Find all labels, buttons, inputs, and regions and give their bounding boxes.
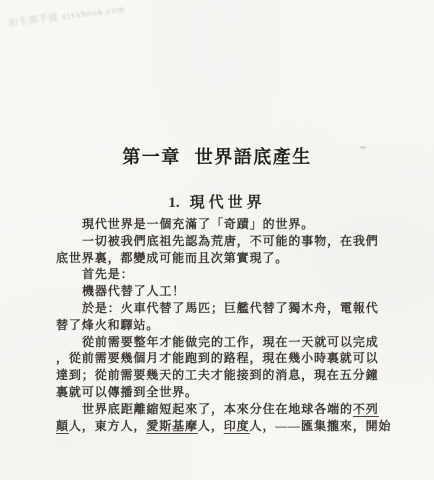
text-segment: 人，東方人， — [69, 419, 146, 433]
text-segment: 從前需要整年才能做完的工作，現在一天就可以完成 — [82, 335, 379, 349]
text-line: 機器代替了人工！ — [56, 283, 390, 300]
scanned-book-page: 的生期手提 xixxbook.com 第一章世界語底產生 1.現代世界 現代世界… — [0, 0, 434, 480]
section-heading: 1.現代世界 — [0, 191, 434, 212]
text-line: 替了烽火和驛站。 — [56, 317, 390, 334]
text-segment: 裏就可以傳播到全世界。 — [56, 385, 198, 399]
text-segment: 替了烽火和驛站。 — [56, 318, 159, 332]
library-watermark: 的生期手提 xixxbook.com — [8, 2, 126, 29]
text-line: 世界底距離縮短起來了，本來分住在地球各端的不列 — [56, 401, 390, 418]
text-segment: 一切被我們底祖先認為荒唐，不可能的事物，在我們 — [82, 234, 379, 248]
text-segment: 現代世界是一個充滿了「奇蹟」的世界。 — [82, 217, 314, 231]
text-line: 一切被我們底祖先認為荒唐，不可能的事物，在我們 — [56, 233, 390, 250]
proper-noun-underline: 顛 — [56, 419, 69, 433]
text-segment: ，從前需要幾個月才能跑到的路程，現在幾小時裏就可以 — [56, 351, 379, 365]
text-line: 達到；從前需要幾天的工夫才能接到的消息，現在五分鐘 — [56, 367, 390, 384]
text-line: 於是：火車代替了馬匹；巨艦代替了獨木舟，電報代 — [56, 300, 390, 317]
text-line: ，從前需要幾個月才能跑到的路程，現在幾小時裏就可以 — [56, 350, 390, 367]
section-number: 1. — [168, 195, 179, 211]
proper-noun-underline: 愛斯基摩 — [146, 419, 198, 433]
text-segment: 人，——匯集攏來，開始 — [250, 419, 392, 433]
text-segment: 底世界裏，都變成可能而且次第實現了。 — [56, 251, 288, 265]
chapter-number: 第一章 — [122, 147, 181, 167]
proper-noun-underline: 印度 — [224, 419, 250, 433]
text-segment: 於是：火車代替了馬匹；巨艦代替了獨木舟，電報代 — [82, 301, 379, 315]
section-title: 現代世界 — [190, 195, 266, 211]
proper-noun-underline: 不列 — [353, 402, 379, 416]
text-segment: 達到；從前需要幾天的工夫才能接到的消息，現在五分鐘 — [56, 368, 379, 382]
text-line: 底世界裏，都變成可能而且次第實現了。 — [56, 250, 390, 267]
text-segment: 機器代替了人工！ — [82, 284, 185, 298]
text-line: 裏就可以傳播到全世界。 — [56, 384, 390, 401]
body-text: 現代世界是一個充滿了「奇蹟」的世界。一切被我們底祖先認為荒唐，不可能的事物，在我… — [56, 216, 390, 434]
text-line: 現代世界是一個充滿了「奇蹟」的世界。 — [56, 216, 390, 233]
chapter-heading: 第一章世界語底產生 — [0, 143, 434, 169]
text-segment: 首先是： — [82, 267, 134, 281]
text-line: 顛人，東方人，愛斯基摩人，印度人，——匯集攏來，開始 — [56, 418, 390, 435]
text-line: 從前需要整年才能做完的工作，現在一天就可以完成 — [56, 334, 390, 351]
text-segment: 世界底距離縮短起來了，本來分住在地球各端的 — [82, 402, 353, 416]
chapter-title: 世界語底產生 — [195, 147, 312, 167]
text-line: 首先是： — [56, 266, 390, 283]
text-segment: 人， — [198, 419, 224, 433]
